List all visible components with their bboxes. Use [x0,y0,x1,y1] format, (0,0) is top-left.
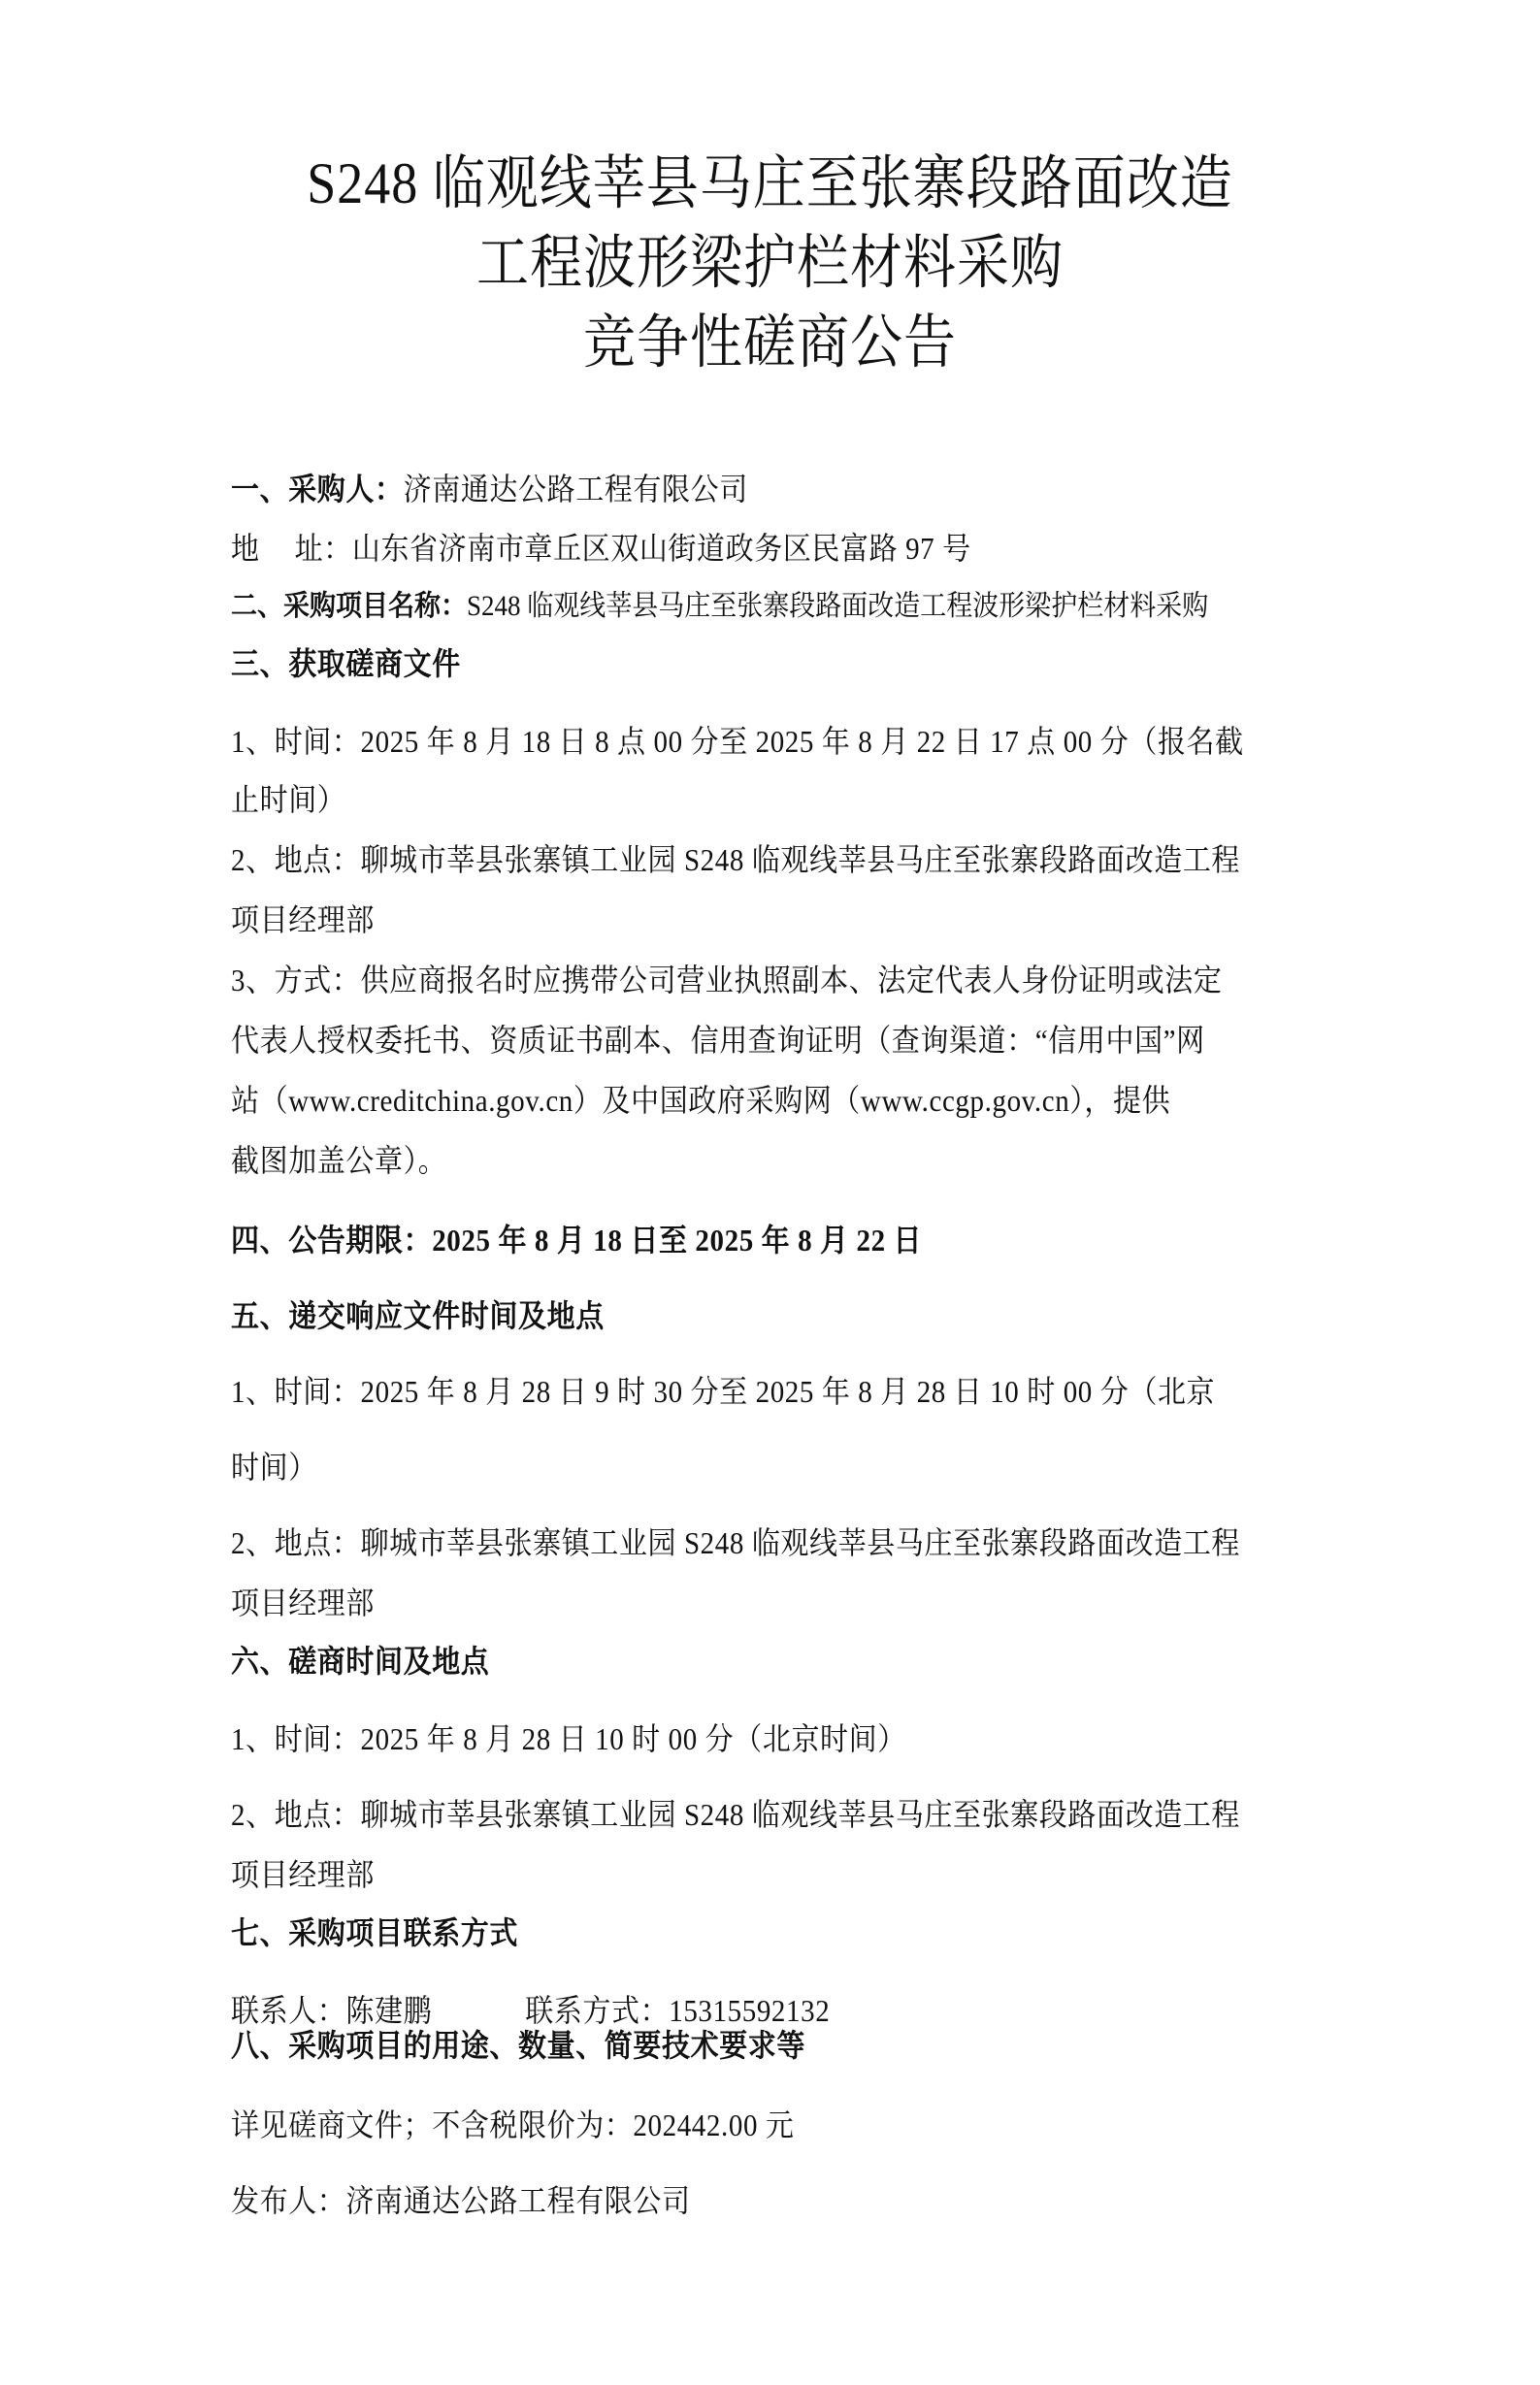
s5-item1-line1: 1、时间：2025 年 8 月 28 日 9 时 30 分至 2025 年 8 … [231,1368,1310,1412]
s6-item2-line2: 项目经理部 [231,1851,1310,1895]
address-label-b: 址： [295,533,352,567]
s3-item3-line4: 截图加盖公章）。 [231,1137,1310,1181]
section-6-heading: 六、磋商时间及地点 [231,1638,1310,1682]
section-5-heading: 五、递交响应文件时间及地点 [231,1292,1310,1336]
publisher-label: 发布人： [231,2185,345,2219]
s3-item3-line2: 代表人授权委托书、资质证书副本、信用查询证明（查询渠道：“信用中国”网 [231,1017,1310,1061]
project-name-heading: 二、采购项目名称： [231,590,467,622]
title-line-3: 竞争性磋商公告 [0,298,1540,387]
s8-detail: 详见磋商文件；不含税限价为：202442.00 元 [231,2102,1310,2145]
s6-item1-line1: 1、时间：2025 年 8 月 28 日 10 时 00 分（北京时间） [231,1715,1310,1759]
section-3-heading: 三、获取磋商文件 [231,640,1310,684]
section-4-heading: 四、公告期限：2025 年 8 月 18 日至 2025 年 8 月 22 日 [231,1217,1310,1260]
document-page: S248 临观线莘县马庄至张寨段路面改造 工程波形梁护栏材料采购 竞争性磋商公告… [0,0,1540,2385]
s5-item2-line2: 项目经理部 [231,1580,1310,1623]
s3-item1-line2: 止时间） [231,776,1310,820]
title-line-1: S248 临观线莘县马庄至张寨段路面改造 [0,139,1540,228]
s3-item2-line1: 2、地点：聊城市莘县张寨镇工业园 S248 临观线莘县马庄至张寨段路面改造工程 [231,836,1310,880]
address-value: 山东省济南市章丘区双山街道政务区民富路 97 号 [352,533,971,567]
title-line-2: 工程波形梁护栏材料采购 [0,218,1540,308]
purchaser-line: 一、采购人：济南通达公路工程有限公司 [231,466,1310,509]
s6-item2-line1: 2、地点：聊城市莘县张寨镇工业园 S248 临观线莘县马庄至张寨段路面改造工程 [231,1791,1310,1835]
project-name-value: S248 临观线莘县马庄至张寨段路面改造工程波形梁护栏材料采购 [467,590,1208,622]
s3-item1-line1: 1、时间：2025 年 8 月 18 日 8 点 00 分至 2025 年 8 … [231,718,1310,762]
document-title: S248 临观线莘县马庄至张寨段路面改造 工程波形梁护栏材料采购 竞争性磋商公告 [0,144,1540,382]
purchaser-heading: 一、采购人： [231,474,404,507]
address-line: 地址：山东省济南市章丘区双山街道政务区民富路 97 号 [231,525,1310,569]
s3-item3-line3: 站（www.creditchina.gov.cn）及中国政府采购网（www.cc… [231,1077,1310,1121]
s3-item3-line1: 3、方式：供应商报名时应携带公司营业执照副本、法定代表人身份证明或法定 [231,957,1310,1000]
section-7-heading: 七、采购项目联系方式 [231,1910,1310,1953]
s5-item2-line1: 2、地点：聊城市莘县张寨镇工业园 S248 临观线莘县马庄至张寨段路面改造工程 [231,1519,1310,1563]
section-8-heading: 八、采购项目的用途、数量、简要技术要求等 [231,2022,1310,2066]
s5-item1-line2: 时间） [231,1444,1310,1487]
publisher-value: 济南通达公路工程有限公司 [345,2185,690,2219]
purchaser-value: 济南通达公路工程有限公司 [404,474,748,507]
publisher-line: 发布人：济南通达公路工程有限公司 [231,2177,1310,2221]
address-label-a: 地 [231,533,260,567]
s3-item2-line2: 项目经理部 [231,897,1310,940]
project-name-line: 二、采购项目名称：S248 临观线莘县马庄至张寨段路面改造工程波形梁护栏材料采购 [231,582,1310,624]
